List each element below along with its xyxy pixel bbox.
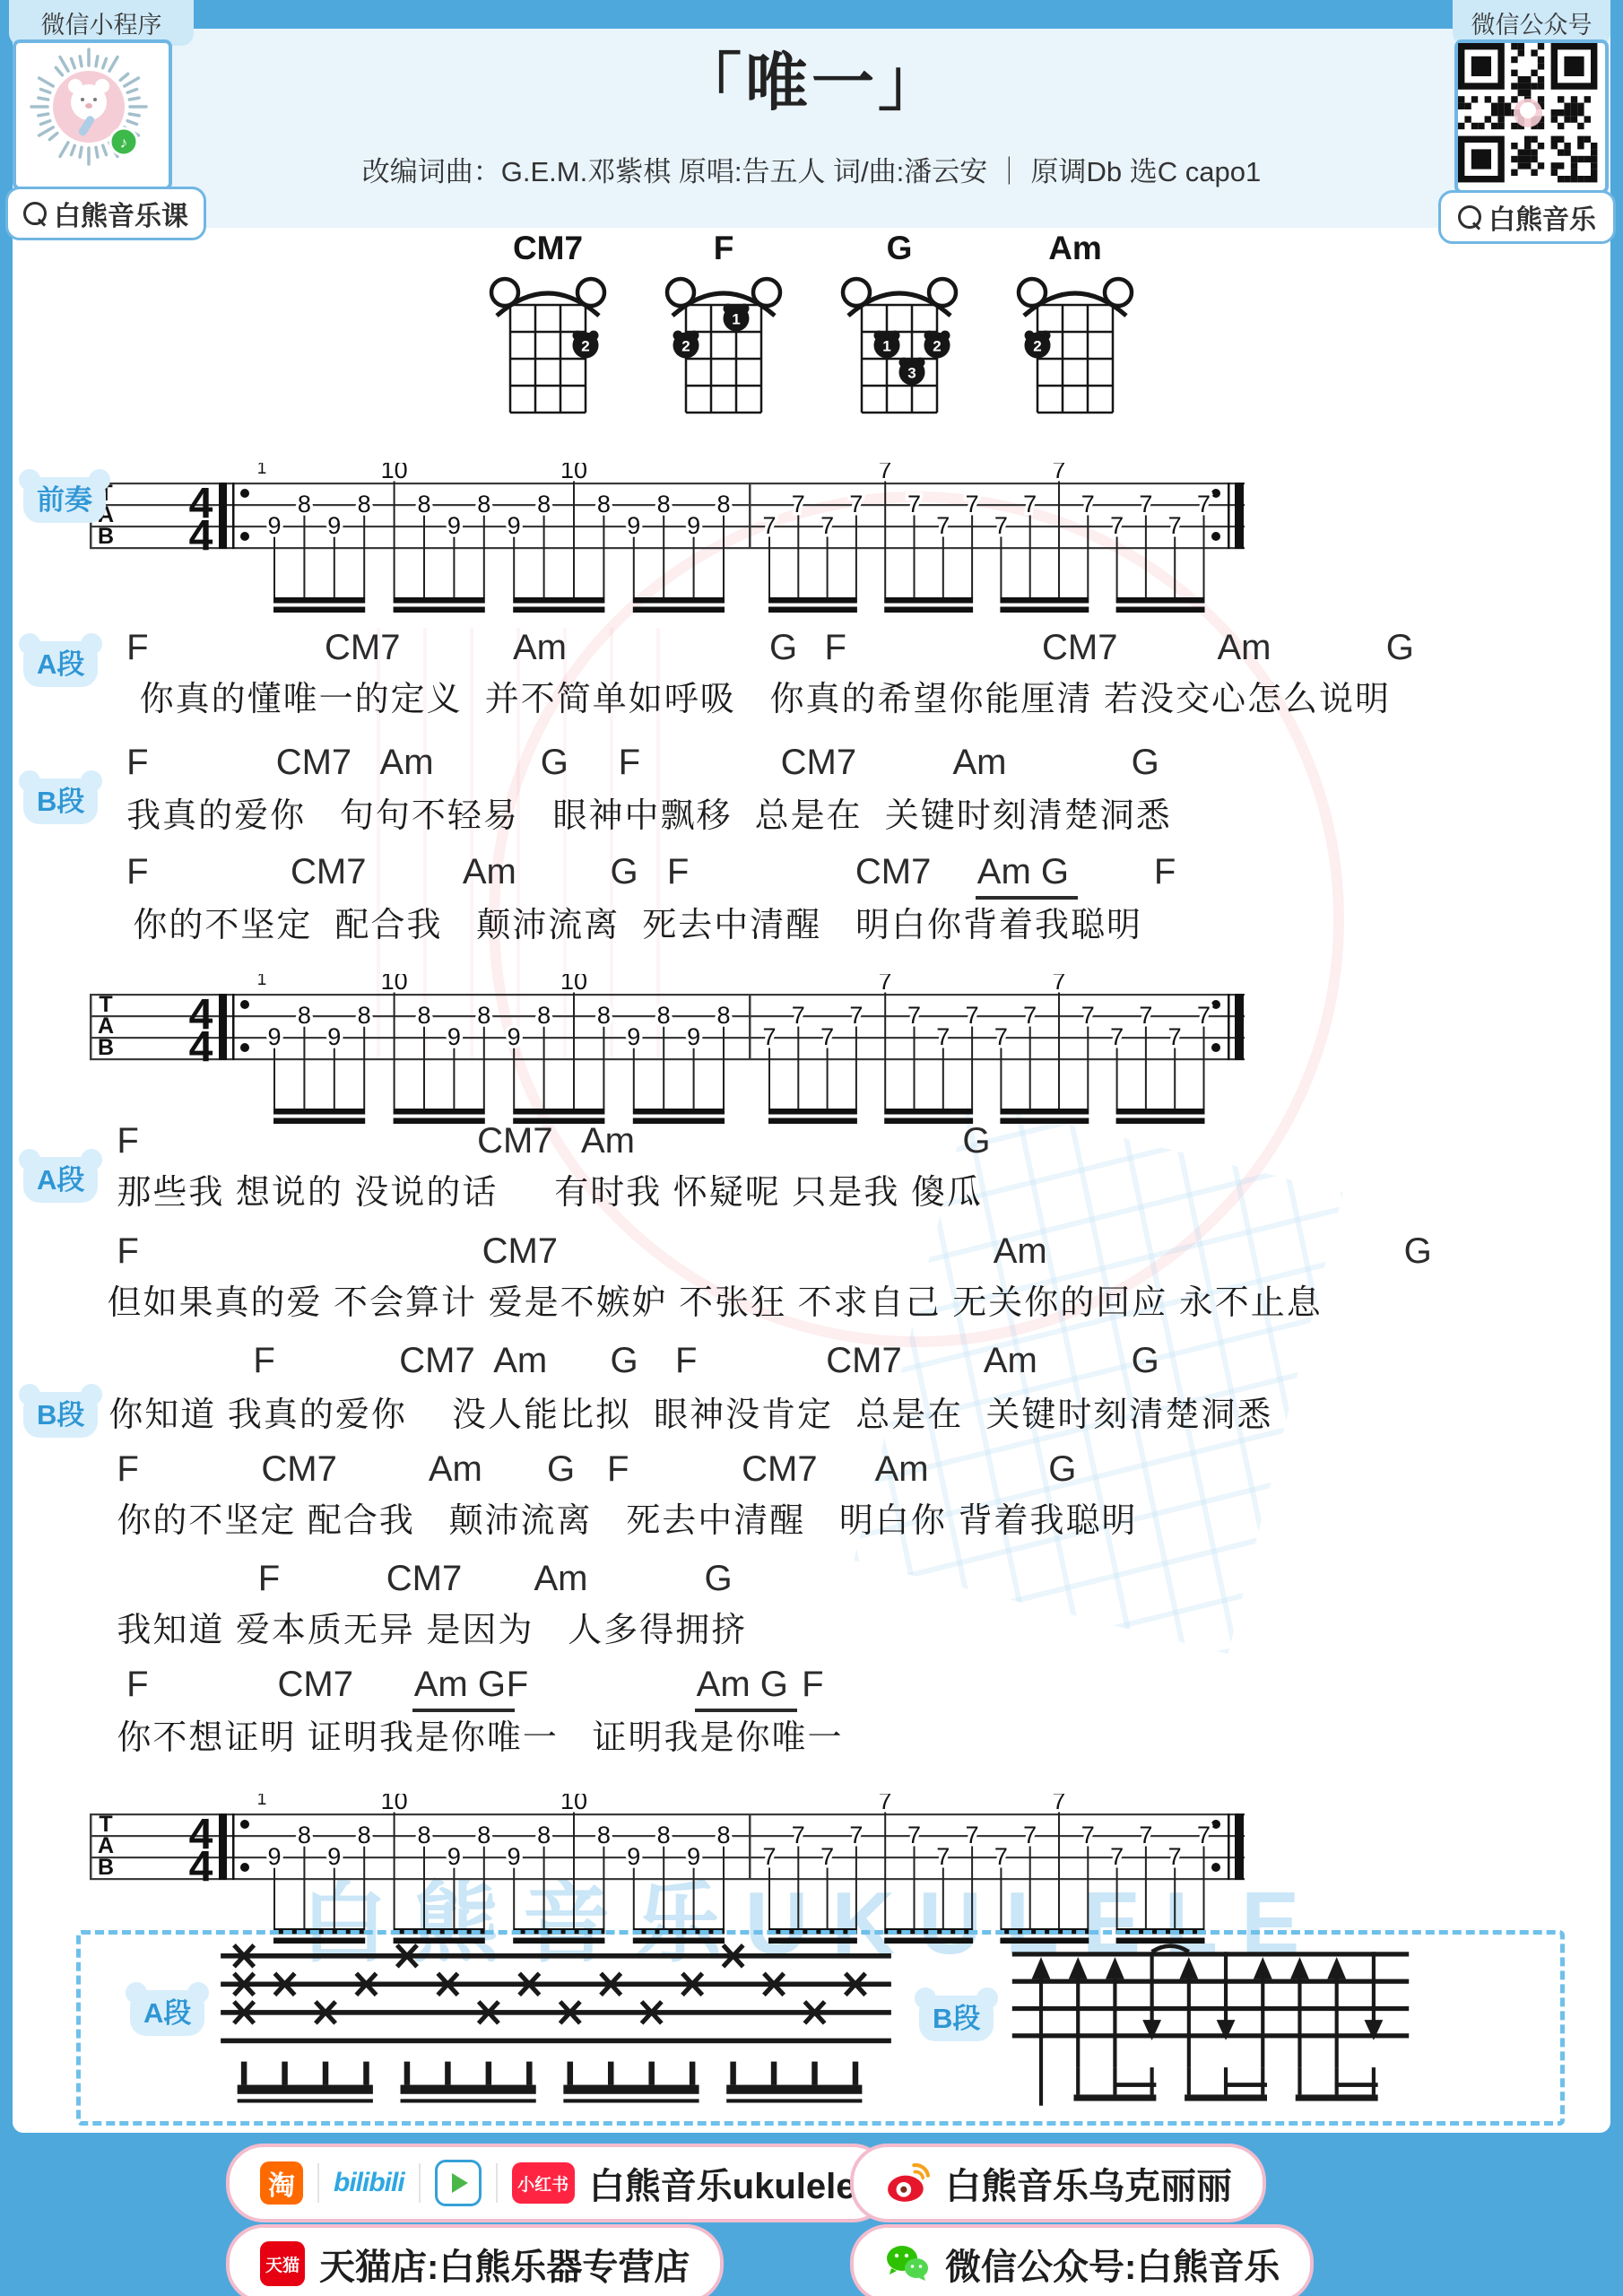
divider bbox=[317, 2163, 319, 2203]
official-account-search-label: 白熊音乐 bbox=[1488, 197, 1596, 237]
play-icon bbox=[435, 2160, 482, 2206]
section-label-intro: 前奏 bbox=[23, 477, 106, 523]
footer-badge-1: 淘bilibili小红书白熊音乐ukulele bbox=[226, 2144, 890, 2222]
xiaohongshu-icon: 小红书 bbox=[512, 2162, 575, 2204]
search-icon bbox=[1458, 205, 1481, 229]
chord-sheet-page: 白熊音乐UKULELE 「唯一」 改编词曲：G.E.M.邓紫棋 原唱:告五人 词… bbox=[0, 0, 1623, 2296]
song-title: 「唯一」 bbox=[0, 32, 1623, 123]
search-icon bbox=[23, 202, 47, 225]
weibo-icon bbox=[884, 2162, 931, 2204]
footer: 淘bilibili小红书白熊音乐ukulele白熊音乐乌克丽丽天猫天猫店:白熊乐… bbox=[0, 0, 1623, 2296]
mini-program-search-label: 白熊音乐课 bbox=[54, 194, 188, 233]
tmall-icon: 天猫 bbox=[260, 2241, 305, 2286]
song-credits: 改编词曲：G.E.M.邓紫棋 原唱:告五人 词/曲:潘云安 ｜ 原调Db 选C … bbox=[0, 149, 1623, 189]
divider bbox=[419, 2163, 421, 2203]
divider bbox=[496, 2163, 498, 2203]
bilibili-icon: bilibili bbox=[334, 2168, 404, 2198]
official-account-qr-code bbox=[1454, 39, 1609, 194]
footer-badge-text: 白熊音乐乌克丽丽 bbox=[945, 2158, 1232, 2209]
footer-badge-4: 微信公众号:白熊音乐 bbox=[850, 2224, 1314, 2296]
footer-badge-text: 天猫店:白熊乐器专营店 bbox=[319, 2239, 690, 2290]
official-account-search-pill: 白熊音乐 bbox=[1438, 190, 1616, 244]
wechat-icon bbox=[884, 2243, 931, 2284]
taobao-icon: 淘 bbox=[260, 2161, 303, 2205]
footer-badge-2: 白熊音乐乌克丽丽 bbox=[850, 2144, 1266, 2222]
mini-program-code: ♪ bbox=[13, 39, 172, 190]
mini-program-search-pill: 白熊音乐课 bbox=[5, 187, 206, 240]
footer-badge-text: 微信公众号:白熊音乐 bbox=[945, 2239, 1280, 2290]
svg-text:♪: ♪ bbox=[120, 135, 128, 152]
footer-badge-text: 白熊音乐ukulele bbox=[589, 2158, 856, 2209]
footer-badge-3: 天猫天猫店:白熊乐器专营店 bbox=[226, 2224, 724, 2296]
